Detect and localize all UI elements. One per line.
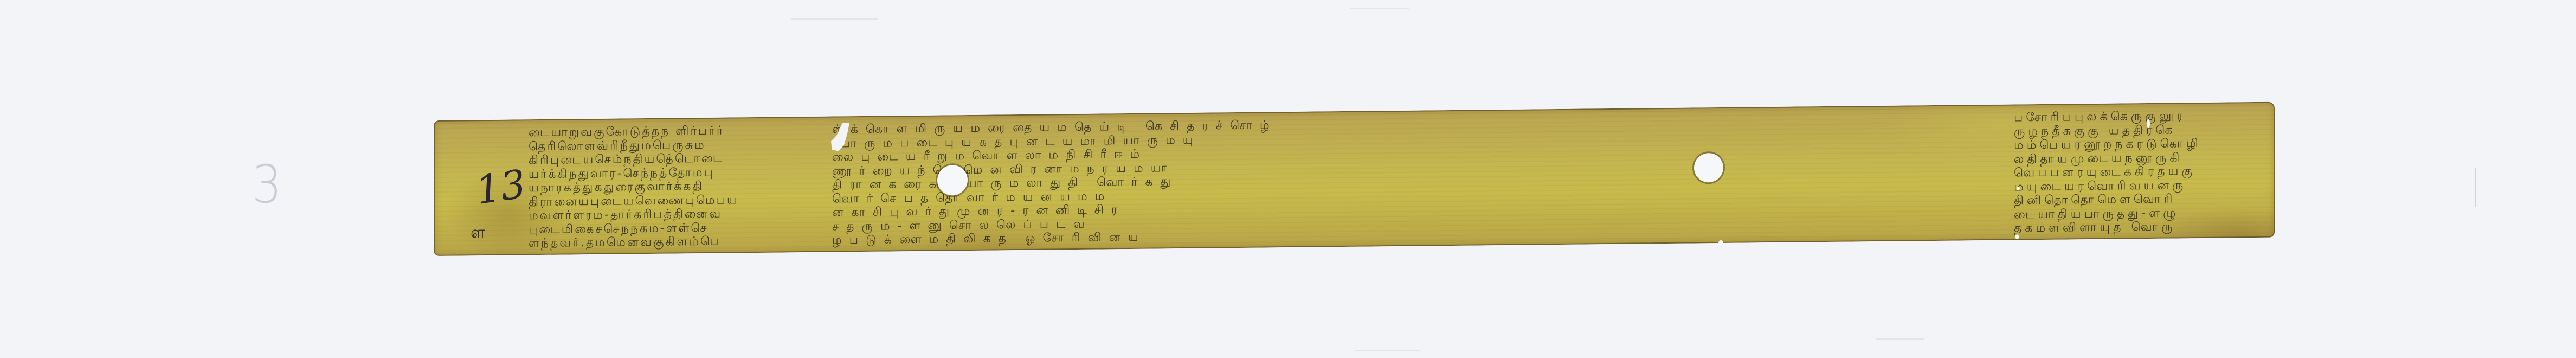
pencil-page-number: 3 xyxy=(252,158,282,210)
leaf-damage-speck xyxy=(1718,240,1723,245)
manuscript-line: ளந்தவர்.தமமெனவகுகிளம்பெ xyxy=(529,234,832,251)
scan-mark xyxy=(1355,350,1420,351)
palm-leaf-manuscript: 13 ள டையாறுவகுகோடுத்தந ளிர்பர்ர் தெரிலொள… xyxy=(434,102,2275,256)
leaf-damage-speck xyxy=(2015,234,2019,239)
margin-letter: ள xyxy=(471,223,485,244)
text-block-right: பசோரிபபுலக்கெருகுலூர ருழநதீசுகுகு யததிரக… xyxy=(2014,108,2231,235)
text-block-left: டையாறுவகுகோடுத்தந ளிர்பர்ர் தெரிலொளவ்ரிந… xyxy=(529,123,832,251)
text-block-middle: ள்க்கொளமிருயமரைதையமதெய்டி கெசிதரச்சொழ் ப… xyxy=(832,111,2014,247)
scan-mark xyxy=(1350,8,1409,9)
manuscript-line: தகமளவிளாயுத வொரு xyxy=(2014,219,2231,235)
string-hole-left xyxy=(937,165,968,196)
leaf-damage-speck xyxy=(2017,187,2020,190)
folio-number: 13 xyxy=(473,161,529,213)
scan-mark xyxy=(791,18,878,20)
manuscript-line: மம்பெயரனூறநகரடுகொழி xyxy=(2014,136,2231,152)
string-hole-right xyxy=(1694,153,1723,183)
scan-mark xyxy=(1876,338,1924,340)
leaf-damage-speck xyxy=(2147,119,2150,128)
pencil-tick-mark xyxy=(2475,168,2476,207)
